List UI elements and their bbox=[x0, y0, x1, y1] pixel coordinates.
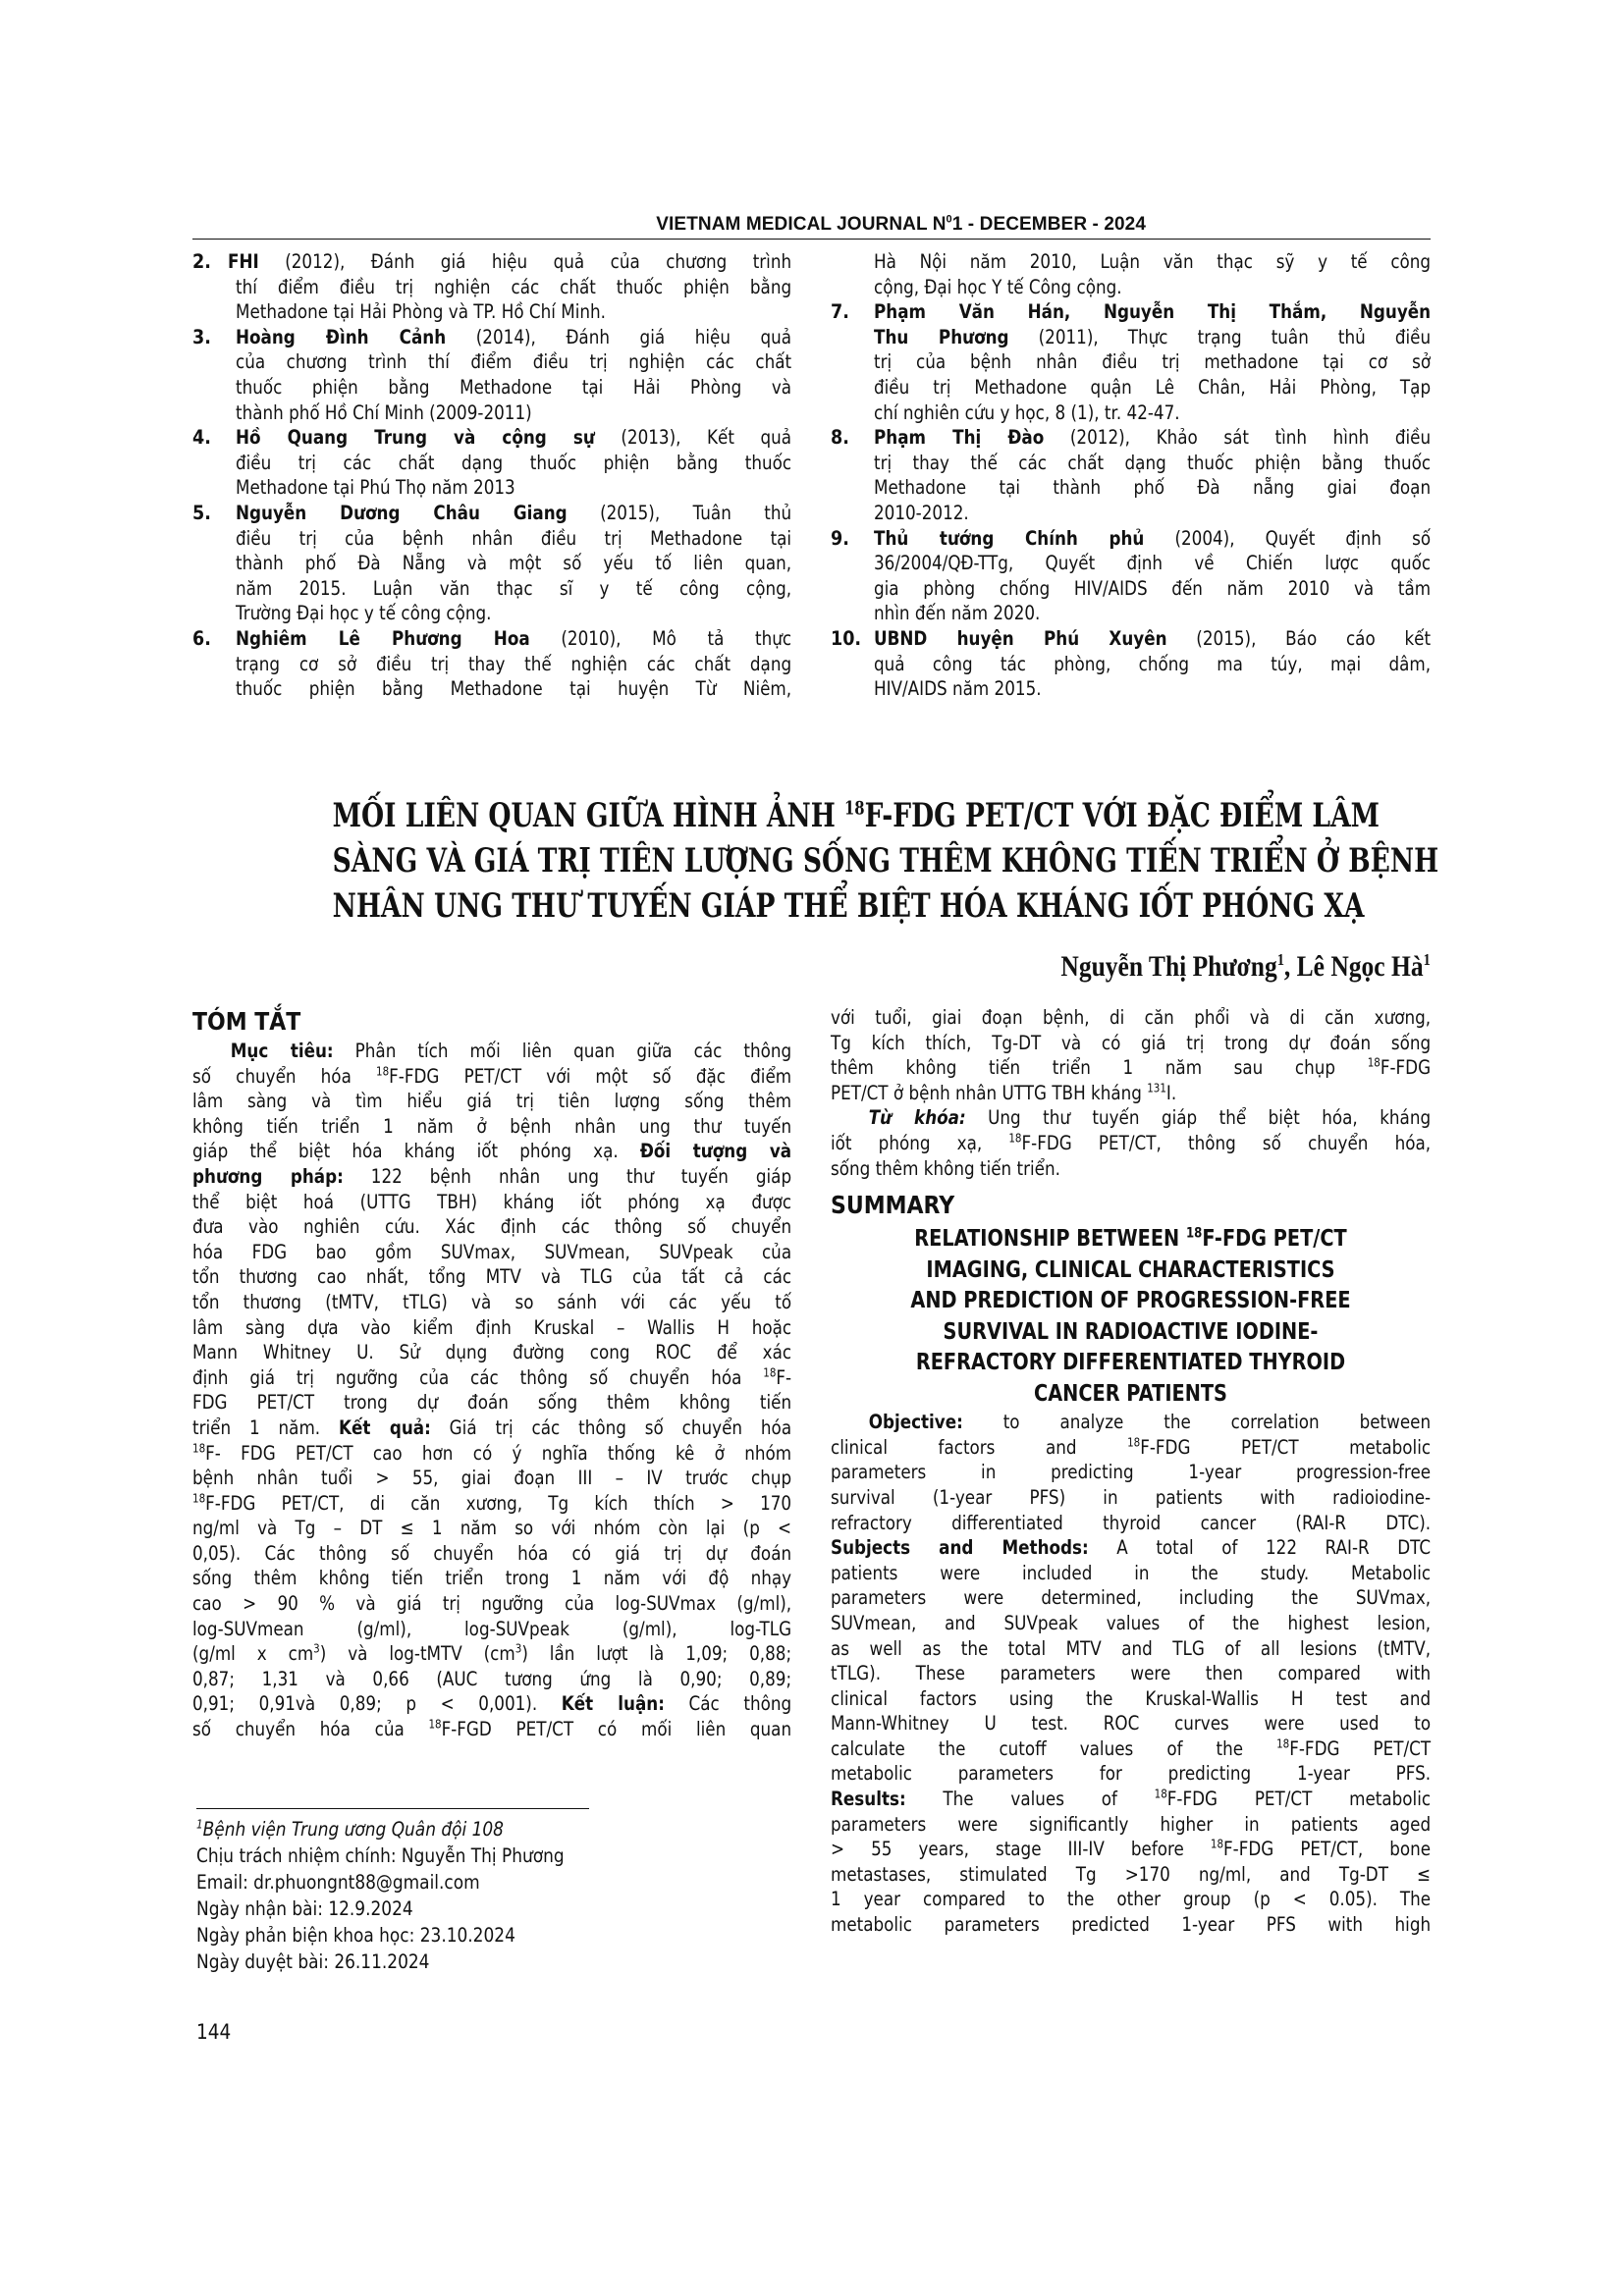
bold-run: Đối tượng và bbox=[640, 1140, 791, 1162]
text-line: Methadone tại thành phố Đà nẵng giai đoạ… bbox=[874, 475, 1431, 501]
reference-line: quả công tác phòng, chống ma túy, mại dâ… bbox=[831, 652, 1431, 677]
text-line: cộng, Đại học Y tế Công cộng. bbox=[874, 275, 1431, 300]
text-run: triển 1 năm. bbox=[192, 1416, 339, 1439]
reference-line: của chương trình thí điểm điều trị nghiệ… bbox=[192, 349, 791, 375]
title-line: SÀNG VÀ GIÁ TRỊ TIÊN LƯỢNG SỐNG THÊM KHÔ… bbox=[333, 838, 1298, 883]
text-line: 0,05). Các thông số chuyển hóa có giá tr… bbox=[192, 1541, 791, 1567]
text-line: PET/CT ở bệnh nhân UTTG TBH kháng 131I. bbox=[831, 1081, 1431, 1106]
text-run: AND PREDICTION OF PROGRESSION-FREE bbox=[910, 1288, 1350, 1313]
text-run: IMAGING, CLINICAL CHARACTERISTICS bbox=[926, 1257, 1334, 1283]
reference-number: 10. bbox=[831, 626, 861, 652]
text-run: metabolic parameters for predicting 1-ye… bbox=[831, 1762, 1431, 1785]
superscript: 18 bbox=[1211, 1838, 1223, 1851]
text-run: patients were included in the study. Met… bbox=[831, 1562, 1431, 1584]
text-line: lâm sàng và tìm hiểu giá trị tiên lượng … bbox=[192, 1089, 791, 1114]
text-run: F-FDG PET/CT, di căn xương, Tg kích thíc… bbox=[205, 1492, 791, 1515]
bold-run: Hoàng Đình Cảnh bbox=[236, 326, 446, 348]
text-line: số chuyển hóa của 18F-FGD PET/CT có mối … bbox=[192, 1717, 791, 1742]
email: Email: dr.phuongnt88@gmail.com bbox=[196, 1869, 565, 1896]
text-run: REFRACTORY DIFFERENTIATED THYROID bbox=[916, 1350, 1345, 1375]
abstract-vi-heading: TÓM TẮT bbox=[192, 1005, 791, 1039]
text-run: refractory differentiated thyroid cancer… bbox=[831, 1512, 1431, 1534]
text-line: quả công tác phòng, chống ma túy, mại dâ… bbox=[874, 652, 1431, 677]
text-line: thuốc phiện bằng Methadone tại huyện Từ … bbox=[236, 676, 791, 702]
text-line: năm 2015. Luận văn thạc sĩ y tế công cộn… bbox=[236, 576, 791, 602]
header-rule bbox=[192, 239, 1431, 240]
text-line: thêm không tiến triển 1 năm sau chụp 18F… bbox=[831, 1055, 1431, 1081]
text-run: metabolic parameters predicted 1-year PF… bbox=[831, 1913, 1431, 1936]
reference-line: thuốc phiện bằng Methadone tại Hải Phòng… bbox=[192, 375, 791, 400]
text-run: F-FDG PET/CT metabolic bbox=[1167, 1788, 1431, 1810]
text-run: Mann Whitney U. Sử dụng đường cong ROC đ… bbox=[192, 1341, 791, 1363]
text-run: (2013), Kết quả bbox=[595, 426, 791, 449]
corresponding-author: Chịu trách nhiệm chính: Nguyễn Thị Phươn… bbox=[196, 1842, 565, 1869]
journal-page: VIETNAM MEDICAL JOURNAL N01 - DECEMBER -… bbox=[0, 0, 1624, 2296]
text-line: > 55 years, stage III-IV before 18F-FDG … bbox=[831, 1837, 1431, 1862]
text-line: Trường Đại học y tế công cộng. bbox=[236, 601, 791, 626]
text-run: F-FDG PET/CT với một số đặc điểm bbox=[389, 1065, 791, 1088]
english-title-line: SURVIVAL IN RADIOACTIVE IODINE- bbox=[879, 1317, 1382, 1349]
reference-line: trị của bệnh nhân điều trị methadone tại… bbox=[831, 349, 1431, 375]
text-line: Methadone tại Hải Phòng và TP. Hồ Chí Mi… bbox=[236, 299, 791, 325]
text-line: Thủ tướng Chính phủ (2004), Quyết định s… bbox=[874, 526, 1431, 552]
text-line: cao > 90 % và giá trị ngưỡng của log-SUV… bbox=[192, 1591, 791, 1617]
author-name: Lê Ngọc Hà bbox=[1297, 950, 1424, 983]
text-run: clinical factors using the Kruskal-Walli… bbox=[831, 1687, 1431, 1710]
text-line: Hoàng Đình Cảnh (2014), Đánh giá hiệu qu… bbox=[236, 325, 791, 350]
text-run: parameters were determined, including th… bbox=[831, 1586, 1431, 1609]
text-run: A total of 122 RAI-R DTC bbox=[1089, 1536, 1431, 1559]
text-run: thể biệt hoá (UTTG TBH) kháng iốt phóng … bbox=[192, 1191, 791, 1213]
text-run: NHÂN UNG THƯ TUYẾN GIÁP THỂ BIỆT HÓA KHÁ… bbox=[333, 886, 1365, 926]
text-line: giáp thể biệt hóa kháng iốt phóng xạ. Đố… bbox=[192, 1139, 791, 1164]
text-run: Các thông bbox=[665, 1692, 791, 1715]
bold-run: Mục tiêu: bbox=[231, 1040, 334, 1062]
abstract-right-column: với tuổi, giai đoạn bệnh, di căn phổi và… bbox=[831, 1005, 1431, 1938]
text-line: trạng cơ sở điều trị thay thế nghiện các… bbox=[236, 652, 791, 677]
text-line: lâm sàng dựa vào kiểm định Kruskal – Wal… bbox=[192, 1315, 791, 1341]
text-line: 18F-FDG PET/CT, di căn xương, Tg kích th… bbox=[192, 1491, 791, 1517]
text-line: thành phố Hồ Chí Minh (2009-2011) bbox=[236, 400, 791, 426]
text-run: 36/2004/QĐ-TTg, Quyết định về Chiến lược… bbox=[874, 552, 1431, 574]
text-run: F-FDG bbox=[1380, 1056, 1431, 1079]
text-run: điều trị các chất dạng thuốc phiện bằng … bbox=[236, 452, 791, 474]
text-line: Từ khóa: Ung thư tuyến giáp thể biệt hóa… bbox=[831, 1105, 1431, 1131]
text-run: F- FDG PET/CT cao hơn có ý nghĩa thống k… bbox=[205, 1442, 791, 1465]
text-line: số chuyển hóa 18F-FDG PET/CT với một số … bbox=[192, 1064, 791, 1090]
text-run: (g/ml x cm bbox=[192, 1642, 313, 1665]
text-run: Ung thư tuyến giáp thể biệt hóa, kháng bbox=[966, 1106, 1431, 1129]
text-run: thuốc phiện bằng Methadone tại Hải Phòng… bbox=[236, 376, 791, 399]
text-run: SÀNG VÀ GIÁ TRỊ TIÊN LƯỢNG SỐNG THÊM KHÔ… bbox=[333, 841, 1439, 881]
english-title-line: RELATIONSHIP BETWEEN 18F-FDG PET/CT bbox=[879, 1224, 1382, 1255]
reference-line: Methadone tại Phú Thọ năm 2013 bbox=[192, 475, 791, 501]
text-run: clinical factors and bbox=[831, 1436, 1127, 1459]
bold-run: UBND huyện Phú Xuyên bbox=[874, 627, 1167, 650]
reference-number: 8. bbox=[831, 425, 849, 451]
superscript: 18 bbox=[1276, 1736, 1289, 1750]
affiliation: 1Bệnh viện Trung ương Quân đội 108 bbox=[196, 1816, 565, 1842]
summary-body: Objective: to analyze the correlation be… bbox=[831, 1410, 1431, 1937]
english-title: RELATIONSHIP BETWEEN 18F-FDG PET/CTIMAGI… bbox=[831, 1224, 1431, 1410]
bold-run: Objective: bbox=[869, 1411, 963, 1433]
reference-line: chí nghiên cứu y học, 8 (1), tr. 42-47. bbox=[831, 400, 1431, 426]
reference-line: gia phòng chống HIV/AIDS đến năm 2010 và… bbox=[831, 576, 1431, 602]
text-run: calculate the cutoff values of the bbox=[831, 1737, 1276, 1760]
running-header: VIETNAM MEDICAL JOURNAL N01 - DECEMBER -… bbox=[192, 214, 1431, 236]
text-run: chí nghiên cứu y học, 8 (1), tr. 42-47. bbox=[874, 401, 1180, 424]
text-run: log-SUVmean (g/ml), log-SUVpeak (g/ml), … bbox=[192, 1618, 791, 1640]
text-run: 0,05). Các thông số chuyển hóa có giá tr… bbox=[192, 1542, 791, 1565]
text-run: thành phố Hồ Chí Minh (2009-2011) bbox=[236, 401, 532, 424]
author-list: Nguyễn Thị Phương1, Lê Ngọc Hà1 bbox=[1061, 950, 1431, 984]
text-line: 2010-2012. bbox=[874, 501, 1431, 526]
bold-run: Phạm Thị Đào bbox=[874, 426, 1044, 449]
text-line: thể biệt hoá (UTTG TBH) kháng iốt phóng … bbox=[192, 1190, 791, 1215]
article-title: MỐI LIÊN QUAN GIỮA HÌNH ẢNH 18F-FDG PET/… bbox=[196, 793, 1434, 929]
text-run: RELATIONSHIP BETWEEN bbox=[914, 1226, 1186, 1252]
english-title-line: REFRACTORY DIFFERENTIATED THYROID bbox=[879, 1348, 1382, 1379]
superscript: 18 bbox=[192, 1441, 205, 1455]
text-run: lâm sàng dựa vào kiểm định Kruskal – Wal… bbox=[192, 1316, 791, 1339]
text-run: với tuổi, giai đoạn bệnh, di căn phổi và… bbox=[831, 1006, 1431, 1029]
text-run: F-FDG PET/CT VỚI ĐẶC ĐIỂM LÂM bbox=[865, 796, 1380, 835]
text-run: quả công tác phòng, chống ma túy, mại dâ… bbox=[874, 653, 1431, 675]
text-run: F-FDG PET/CT bbox=[1289, 1737, 1431, 1760]
text-run: (2015), Báo cáo kết bbox=[1167, 627, 1432, 650]
text-line: trị của bệnh nhân điều trị methadone tại… bbox=[874, 349, 1431, 375]
reference-line: thí điểm điều trị nghiện các chất thuốc … bbox=[192, 275, 791, 300]
text-line: 18F- FDG PET/CT cao hơn có ý nghĩa thống… bbox=[192, 1441, 791, 1467]
reference-line: trị thay thế các chất dạng thuốc phiện b… bbox=[831, 451, 1431, 476]
text-line: Objective: to analyze the correlation be… bbox=[831, 1410, 1431, 1435]
reference-number: 9. bbox=[831, 526, 849, 552]
text-run: iốt phóng xạ, bbox=[831, 1132, 1008, 1154]
superscript: 18 bbox=[192, 1491, 205, 1505]
text-run: (2011), Thực trạng tuân thủ điều bbox=[1009, 326, 1432, 348]
text-line: sống thêm không tiến triển trong 1 năm v… bbox=[192, 1566, 791, 1591]
text-run: bệnh nhân tuổi > 55, giai đoạn III – IV … bbox=[192, 1467, 791, 1489]
reference-line: 36/2004/QĐ-TTg, Quyết định về Chiến lược… bbox=[831, 551, 1431, 576]
text-line: parameters in predicting 1-year progress… bbox=[831, 1460, 1431, 1485]
text-run: FDG PET/CT trong dự đoán sống thêm không… bbox=[192, 1391, 791, 1414]
text-run: cao > 90 % và giá trị ngưỡng của log-SUV… bbox=[192, 1592, 791, 1615]
superscript: 18 bbox=[1008, 1131, 1021, 1145]
text-line: parameters were determined, including th… bbox=[831, 1585, 1431, 1611]
bold-run: Nguyễn Dương Châu Giang bbox=[236, 502, 568, 524]
text-run: F-FGD PET/CT có mối liên quan bbox=[442, 1718, 791, 1740]
text-run: (2004), Quyết định số bbox=[1144, 527, 1431, 550]
reference-line: Methadone tại Hải Phòng và TP. Hồ Chí Mi… bbox=[192, 299, 791, 325]
text-run: (2012), Đánh giá hiệu quả của chương trì… bbox=[259, 250, 791, 273]
superscript: 18 bbox=[1127, 1435, 1140, 1449]
text-run: Methadone tại Hải Phòng và TP. Hồ Chí Mi… bbox=[236, 300, 606, 323]
text-line: clinical factors and 18F-FDG PET/CT meta… bbox=[831, 1435, 1431, 1461]
text-run: đưa vào nghiên cứu. Xác định các thông s… bbox=[192, 1215, 791, 1238]
text-run: sống thêm không tiến triển trong 1 năm v… bbox=[192, 1567, 791, 1589]
reference-line: Hà Nội năm 2010, Luận văn thạc sỹ y tế c… bbox=[831, 249, 1431, 275]
superscript: 18 bbox=[376, 1064, 389, 1078]
text-line: iốt phóng xạ, 18F-FDG PET/CT, thông số c… bbox=[831, 1131, 1431, 1156]
bold-run: Thủ tướng Chính phủ bbox=[874, 527, 1144, 550]
text-line: refractory differentiated thyroid cancer… bbox=[831, 1511, 1431, 1536]
text-run: ng/ml và Tg – DT ≤ 1 năm so với nhóm còn… bbox=[192, 1517, 791, 1539]
abstract-vi-column: TÓM TẮT Mục tiêu: Phân tích mối liên qua… bbox=[192, 1005, 791, 1742]
text-run: trị của bệnh nhân điều trị methadone tại… bbox=[874, 350, 1431, 373]
reference-number: 5. bbox=[192, 501, 211, 526]
text-line: Nghiêm Lê Phương Hoa (2010), Mô tả thực bbox=[236, 626, 791, 652]
text-run: số chuyển hóa bbox=[192, 1065, 376, 1088]
text-run: F-FDG PET/CT, thông số chuyển hóa, bbox=[1022, 1132, 1432, 1154]
reference-line: nhìn đến năm 2020. bbox=[831, 601, 1431, 626]
english-title-line: IMAGING, CLINICAL CHARACTERISTICS bbox=[879, 1255, 1382, 1287]
text-run: Giá trị các thông số chuyển hóa bbox=[431, 1416, 791, 1439]
text-line: Hà Nội năm 2010, Luận văn thạc sỹ y tế c… bbox=[874, 249, 1431, 275]
text-run: tổn thương cao nhất, tổng MTV và TLG của… bbox=[192, 1265, 791, 1288]
reference-line: điều trị các chất dạng thuốc phiện bằng … bbox=[192, 451, 791, 476]
abstract-vi-body: Mục tiêu: Phân tích mối liên quan giữa c… bbox=[192, 1039, 791, 1742]
reference-line: 8.Phạm Thị Đào (2012), Khảo sát tình hìn… bbox=[831, 425, 1431, 451]
superscript: 18 bbox=[1186, 1226, 1202, 1242]
text-run: hóa FDG bao gồm SUVmax, SUVmean, SUVpeak… bbox=[192, 1241, 791, 1263]
bold-run: Kết quả: bbox=[339, 1416, 431, 1439]
text-line: điều trị các chất dạng thuốc phiện bằng … bbox=[236, 451, 791, 476]
superscript: 18 bbox=[1155, 1788, 1167, 1801]
text-line: phương pháp: 122 bệnh nhân ung thư tuyến… bbox=[192, 1164, 791, 1190]
text-run: metastases, stimulated Tg >170 ng/ml, an… bbox=[831, 1863, 1431, 1886]
text-run: điều trị Methadone quận Lê Chân, Hải Phò… bbox=[874, 376, 1431, 399]
text-run: (2015), Tuân thủ bbox=[568, 502, 791, 524]
text-run: SURVIVAL IN RADIOACTIVE IODINE- bbox=[944, 1319, 1319, 1345]
text-line: sống thêm không tiến triển. bbox=[831, 1156, 1431, 1182]
text-line: thuốc phiện bằng Methadone tại Hải Phòng… bbox=[236, 375, 791, 400]
text-line: calculate the cutoff values of the 18F-F… bbox=[831, 1736, 1431, 1762]
text-line: nhìn đến năm 2020. bbox=[874, 601, 1431, 626]
superscript: 18 bbox=[844, 798, 865, 820]
reference-line: HIV/AIDS năm 2015. bbox=[831, 676, 1431, 702]
reference-line: thuốc phiện bằng Methadone tại huyện Từ … bbox=[192, 676, 791, 702]
bold-run: Phạm Văn Hán, Nguyễn Thị Thắm, Nguyễn bbox=[874, 300, 1431, 323]
text-run: Trường Đại học y tế công cộng. bbox=[236, 602, 492, 624]
text-run: PET/CT ở bệnh nhân UTTG TBH kháng bbox=[831, 1082, 1147, 1104]
text-line: Tg kích thích, Tg-DT và có giá trị trong… bbox=[831, 1031, 1431, 1056]
text-line: Phạm Thị Đào (2012), Khảo sát tình hình … bbox=[874, 425, 1431, 451]
reference-line: trạng cơ sở điều trị thay thế nghiện các… bbox=[192, 652, 791, 677]
reference-line: 2010-2012. bbox=[831, 501, 1431, 526]
text-run: CANCER PATIENTS bbox=[1034, 1381, 1227, 1407]
bold-italic-run: Từ khóa: bbox=[869, 1106, 966, 1129]
text-run: F-FDG PET/CT metabolic bbox=[1140, 1436, 1431, 1459]
text-run: MỐI LIÊN QUAN GIỮA HÌNH ẢNH bbox=[333, 796, 844, 835]
references-left-column: 2.FHI (2012), Đánh giá hiệu quả của chươ… bbox=[192, 249, 791, 702]
text-line: HIV/AIDS năm 2015. bbox=[874, 676, 1431, 702]
title-line: NHÂN UNG THƯ TUYẾN GIÁP THỂ BIỆT HÓA KHÁ… bbox=[333, 883, 1298, 929]
text-line: Nguyễn Dương Châu Giang (2015), Tuân thủ bbox=[236, 501, 791, 526]
text-line: patients were included in the study. Met… bbox=[831, 1561, 1431, 1586]
issue-date: 1 - DECEMBER - 2024 bbox=[952, 214, 1146, 235]
reference-number: 2. bbox=[192, 249, 211, 275]
keywords: Từ khóa: Ung thư tuyến giáp thể biệt hóa… bbox=[831, 1105, 1431, 1181]
text-line: đưa vào nghiên cứu. Xác định các thông s… bbox=[192, 1214, 791, 1240]
text-line: as well as the total MTV and TLG of all … bbox=[831, 1636, 1431, 1662]
text-run: gia phòng chống HIV/AIDS đến năm 2010 và… bbox=[874, 577, 1431, 600]
text-line: clinical factors using the Kruskal-Walli… bbox=[831, 1686, 1431, 1712]
page-number: 144 bbox=[196, 2020, 231, 2044]
text-run: Mann-Whitney U test. ROC curves were use… bbox=[831, 1712, 1431, 1735]
accepted-date: Ngày duyệt bài: 26.11.2024 bbox=[196, 1949, 565, 1975]
bold-run: Hồ Quang Trung và cộng sự bbox=[236, 426, 595, 449]
reference-line: Thu Phương (2011), Thực trạng tuân thủ đ… bbox=[831, 325, 1431, 350]
text-line: chí nghiên cứu y học, 8 (1), tr. 42-47. bbox=[874, 400, 1431, 426]
text-line: bệnh nhân tuổi > 55, giai đoạn III – IV … bbox=[192, 1466, 791, 1491]
reference-line: năm 2015. Luận văn thạc sĩ y tế công cộn… bbox=[192, 576, 791, 602]
text-run: của chương trình thí điểm điều trị nghiệ… bbox=[236, 350, 791, 373]
footnote: 1Bệnh viện Trung ương Quân đội 108 Chịu … bbox=[196, 1816, 620, 1975]
text-line: Hồ Quang Trung và cộng sự (2013), Kết qu… bbox=[236, 425, 791, 451]
title-line: MỐI LIÊN QUAN GIỮA HÌNH ẢNH 18F-FDG PET/… bbox=[333, 793, 1298, 838]
text-run: Methadone tại thành phố Đà nẵng giai đoạ… bbox=[874, 476, 1431, 499]
english-title-line: CANCER PATIENTS bbox=[879, 1379, 1382, 1411]
bold-run: Subjects and Methods: bbox=[831, 1536, 1089, 1559]
text-run: I. bbox=[1166, 1082, 1176, 1104]
reference-line: 2.FHI (2012), Đánh giá hiệu quả của chươ… bbox=[192, 249, 791, 275]
reference-line: Methadone tại thành phố Đà nẵng giai đoạ… bbox=[831, 475, 1431, 501]
text-run: Hà Nội năm 2010, Luận văn thạc sỹ y tế c… bbox=[874, 250, 1431, 273]
summary-heading: SUMMARY bbox=[831, 1189, 1431, 1222]
text-run: F-FDG PET/CT, bone bbox=[1223, 1838, 1431, 1860]
text-run: as well as the total MTV and TLG of all … bbox=[831, 1637, 1431, 1660]
text-line: điều trị của bệnh nhân điều trị Methadon… bbox=[236, 526, 791, 552]
text-run: (2014), Đánh giá hiệu quả bbox=[446, 326, 791, 348]
reference-line: 6.Nghiêm Lê Phương Hoa (2010), Mô tả thự… bbox=[192, 626, 791, 652]
text-line: (g/ml x cm3) và log-tMTV (cm3) lần lượt … bbox=[192, 1641, 791, 1667]
text-run: 0,87; 1,31 và 0,66 (AUC tương ứng là 0,9… bbox=[192, 1668, 791, 1690]
bold-run: phương pháp: bbox=[192, 1165, 344, 1188]
english-title-line: AND PREDICTION OF PROGRESSION-FREE bbox=[879, 1286, 1382, 1317]
reference-line: thành phố Hồ Chí Minh (2009-2011) bbox=[192, 400, 791, 426]
text-line: survival (1-year PFS) in patients with r… bbox=[831, 1485, 1431, 1511]
text-line: của chương trình thí điểm điều trị nghiệ… bbox=[236, 349, 791, 375]
text-run: lâm sàng và tìm hiểu giá trị tiên lượng … bbox=[192, 1090, 791, 1112]
text-line: Subjects and Methods: A total of 122 RAI… bbox=[831, 1535, 1431, 1561]
text-run: (2012), Khảo sát tình hình điều bbox=[1044, 426, 1431, 449]
reference-line: cộng, Đại học Y tế Công cộng. bbox=[831, 275, 1431, 300]
text-line: metastases, stimulated Tg >170 ng/ml, an… bbox=[831, 1862, 1431, 1888]
text-run: trị thay thế các chất dạng thuốc phiện b… bbox=[874, 452, 1431, 474]
text-run: 2010-2012. bbox=[874, 502, 969, 524]
text-line: FHI (2012), Đánh giá hiệu quả của chương… bbox=[228, 249, 791, 275]
author-name: Nguyễn Thị Phương bbox=[1061, 950, 1277, 983]
reference-line: điều trị của bệnh nhân điều trị Methadon… bbox=[192, 526, 791, 552]
text-run: The values of bbox=[906, 1788, 1155, 1810]
text-line: tTLG). These parameters were then compar… bbox=[831, 1661, 1431, 1686]
text-line: log-SUVmean (g/ml), log-SUVpeak (g/ml), … bbox=[192, 1617, 791, 1642]
text-line: trị thay thế các chất dạng thuốc phiện b… bbox=[874, 451, 1431, 476]
bold-run: Results: bbox=[831, 1788, 906, 1810]
text-run: F- bbox=[776, 1366, 791, 1389]
superscript: 18 bbox=[763, 1365, 776, 1379]
text-run: parameters were significantly higher in … bbox=[831, 1813, 1431, 1836]
text-line: Mann Whitney U. Sử dụng đường cong ROC đ… bbox=[192, 1340, 791, 1365]
review-date: Ngày phản biện khoa học: 23.10.2024 bbox=[196, 1922, 565, 1949]
text-run: tTLG). These parameters were then compar… bbox=[831, 1662, 1431, 1684]
text-line: hóa FDG bao gồm SUVmax, SUVmean, SUVpeak… bbox=[192, 1240, 791, 1265]
text-line: metabolic parameters for predicting 1-ye… bbox=[831, 1761, 1431, 1787]
superscript: 131 bbox=[1147, 1081, 1166, 1095]
text-run: năm 2015. Luận văn thạc sĩ y tế công cộn… bbox=[236, 577, 791, 600]
text-run: điều trị của bệnh nhân điều trị Methadon… bbox=[236, 527, 791, 550]
text-run: survival (1-year PFS) in patients with r… bbox=[831, 1486, 1431, 1509]
text-run: Tg kích thích, Tg-DT và có giá trị trong… bbox=[831, 1032, 1431, 1054]
reference-line: 3.Hoàng Đình Cảnh (2014), Đánh giá hiệu … bbox=[192, 325, 791, 350]
reference-number: 6. bbox=[192, 626, 211, 652]
reference-number: 4. bbox=[192, 425, 211, 451]
text-run: tổn thương (tMTV, tTLG) và so sánh với c… bbox=[192, 1291, 791, 1313]
text-line: định giá trị ngưỡng của các thông số chu… bbox=[192, 1365, 791, 1391]
superscript: 18 bbox=[428, 1718, 441, 1732]
reference-line: điều trị Methadone quận Lê Chân, Hải Phò… bbox=[831, 375, 1431, 400]
text-line: không tiến triển 1 năm ở bệnh nhân ung t… bbox=[192, 1114, 791, 1140]
text-line: ng/ml và Tg – DT ≤ 1 năm so với nhóm còn… bbox=[192, 1516, 791, 1541]
text-run: không tiến triển 1 năm ở bệnh nhân ung t… bbox=[192, 1115, 791, 1138]
text-line: Results: The values of 18F-FDG PET/CT me… bbox=[831, 1787, 1431, 1812]
abstract-vi-continued: với tuổi, giai đoạn bệnh, di căn phổi và… bbox=[831, 1005, 1431, 1105]
text-line: Mục tiêu: Phân tích mối liên quan giữa c… bbox=[192, 1039, 791, 1064]
reference-line: 7.Phạm Văn Hán, Nguyễn Thị Thắm, Nguyễn bbox=[831, 299, 1431, 325]
reference-line: 10.UBND huyện Phú Xuyên (2015), Báo cáo … bbox=[831, 626, 1431, 652]
text-run: ) lần lượt là 1,09; 0,88; bbox=[521, 1642, 791, 1665]
text-run: SUVmean, and SUVpeak values of the highe… bbox=[831, 1612, 1431, 1634]
text-run: thuốc phiện bằng Methadone tại huyện Từ … bbox=[236, 677, 791, 700]
bold-run: Kết luận: bbox=[562, 1692, 665, 1715]
references-right-column: Hà Nội năm 2010, Luận văn thạc sỹ y tế c… bbox=[831, 249, 1431, 702]
text-line: điều trị Methadone quận Lê Chân, Hải Phò… bbox=[874, 375, 1431, 400]
affiliation-marker: 1 bbox=[1424, 950, 1431, 969]
text-run: 0,91; 0,91và 0,89; p < 0,001). bbox=[192, 1692, 562, 1715]
superscript: 18 bbox=[1368, 1056, 1380, 1070]
text-run: trạng cơ sở điều trị thay thế nghiện các… bbox=[236, 653, 791, 675]
reference-number: 3. bbox=[192, 325, 211, 350]
text-run: HIV/AIDS năm 2015. bbox=[874, 677, 1042, 700]
text-line: với tuổi, giai đoạn bệnh, di căn phổi và… bbox=[831, 1005, 1431, 1031]
bold-run: FHI bbox=[228, 250, 259, 273]
text-line: Mann-Whitney U test. ROC curves were use… bbox=[831, 1711, 1431, 1736]
text-run: cộng, Đại học Y tế Công cộng. bbox=[874, 276, 1122, 298]
text-run: 122 bệnh nhân ung thư tuyến giáp bbox=[344, 1165, 791, 1188]
text-run: số chuyển hóa của bbox=[192, 1718, 428, 1740]
reference-line: 4.Hồ Quang Trung và cộng sự (2013), Kết … bbox=[192, 425, 791, 451]
text-run: > 55 years, stage III-IV before bbox=[831, 1838, 1211, 1860]
text-run: sống thêm không tiến triển. bbox=[831, 1157, 1060, 1180]
reference-line: 5.Nguyễn Dương Châu Giang (2015), Tuân t… bbox=[192, 501, 791, 526]
text-run: thí điểm điều trị nghiện các chất thuốc … bbox=[236, 276, 791, 298]
reference-line: thành phố Đà Nẵng và một số yếu tố liên … bbox=[192, 551, 791, 576]
text-run: thêm không tiến triển 1 năm sau chụp bbox=[831, 1056, 1368, 1079]
text-line: UBND huyện Phú Xuyên (2015), Báo cáo kết bbox=[874, 626, 1431, 652]
text-line: 1 year compared to the other group (p < … bbox=[831, 1887, 1431, 1912]
footnote-rule bbox=[196, 1808, 589, 1809]
text-line: Thu Phương (2011), Thực trạng tuân thủ đ… bbox=[874, 325, 1431, 350]
text-line: Phạm Văn Hán, Nguyễn Thị Thắm, Nguyễn bbox=[874, 299, 1431, 325]
text-line: Methadone tại Phú Thọ năm 2013 bbox=[236, 475, 791, 501]
text-line: triển 1 năm. Kết quả: Giá trị các thông … bbox=[192, 1415, 791, 1441]
text-run: giáp thể biệt hóa kháng iốt phóng xạ. bbox=[192, 1140, 640, 1162]
text-line: 0,87; 1,31 và 0,66 (AUC tương ứng là 0,9… bbox=[192, 1667, 791, 1692]
text-line: SUVmean, and SUVpeak values of the highe… bbox=[831, 1611, 1431, 1636]
text-run: (2010), Mô tả thực bbox=[530, 627, 791, 650]
text-line: 0,91; 0,91và 0,89; p < 0,001). Kết luận:… bbox=[192, 1691, 791, 1717]
reference-number: 7. bbox=[831, 299, 849, 325]
